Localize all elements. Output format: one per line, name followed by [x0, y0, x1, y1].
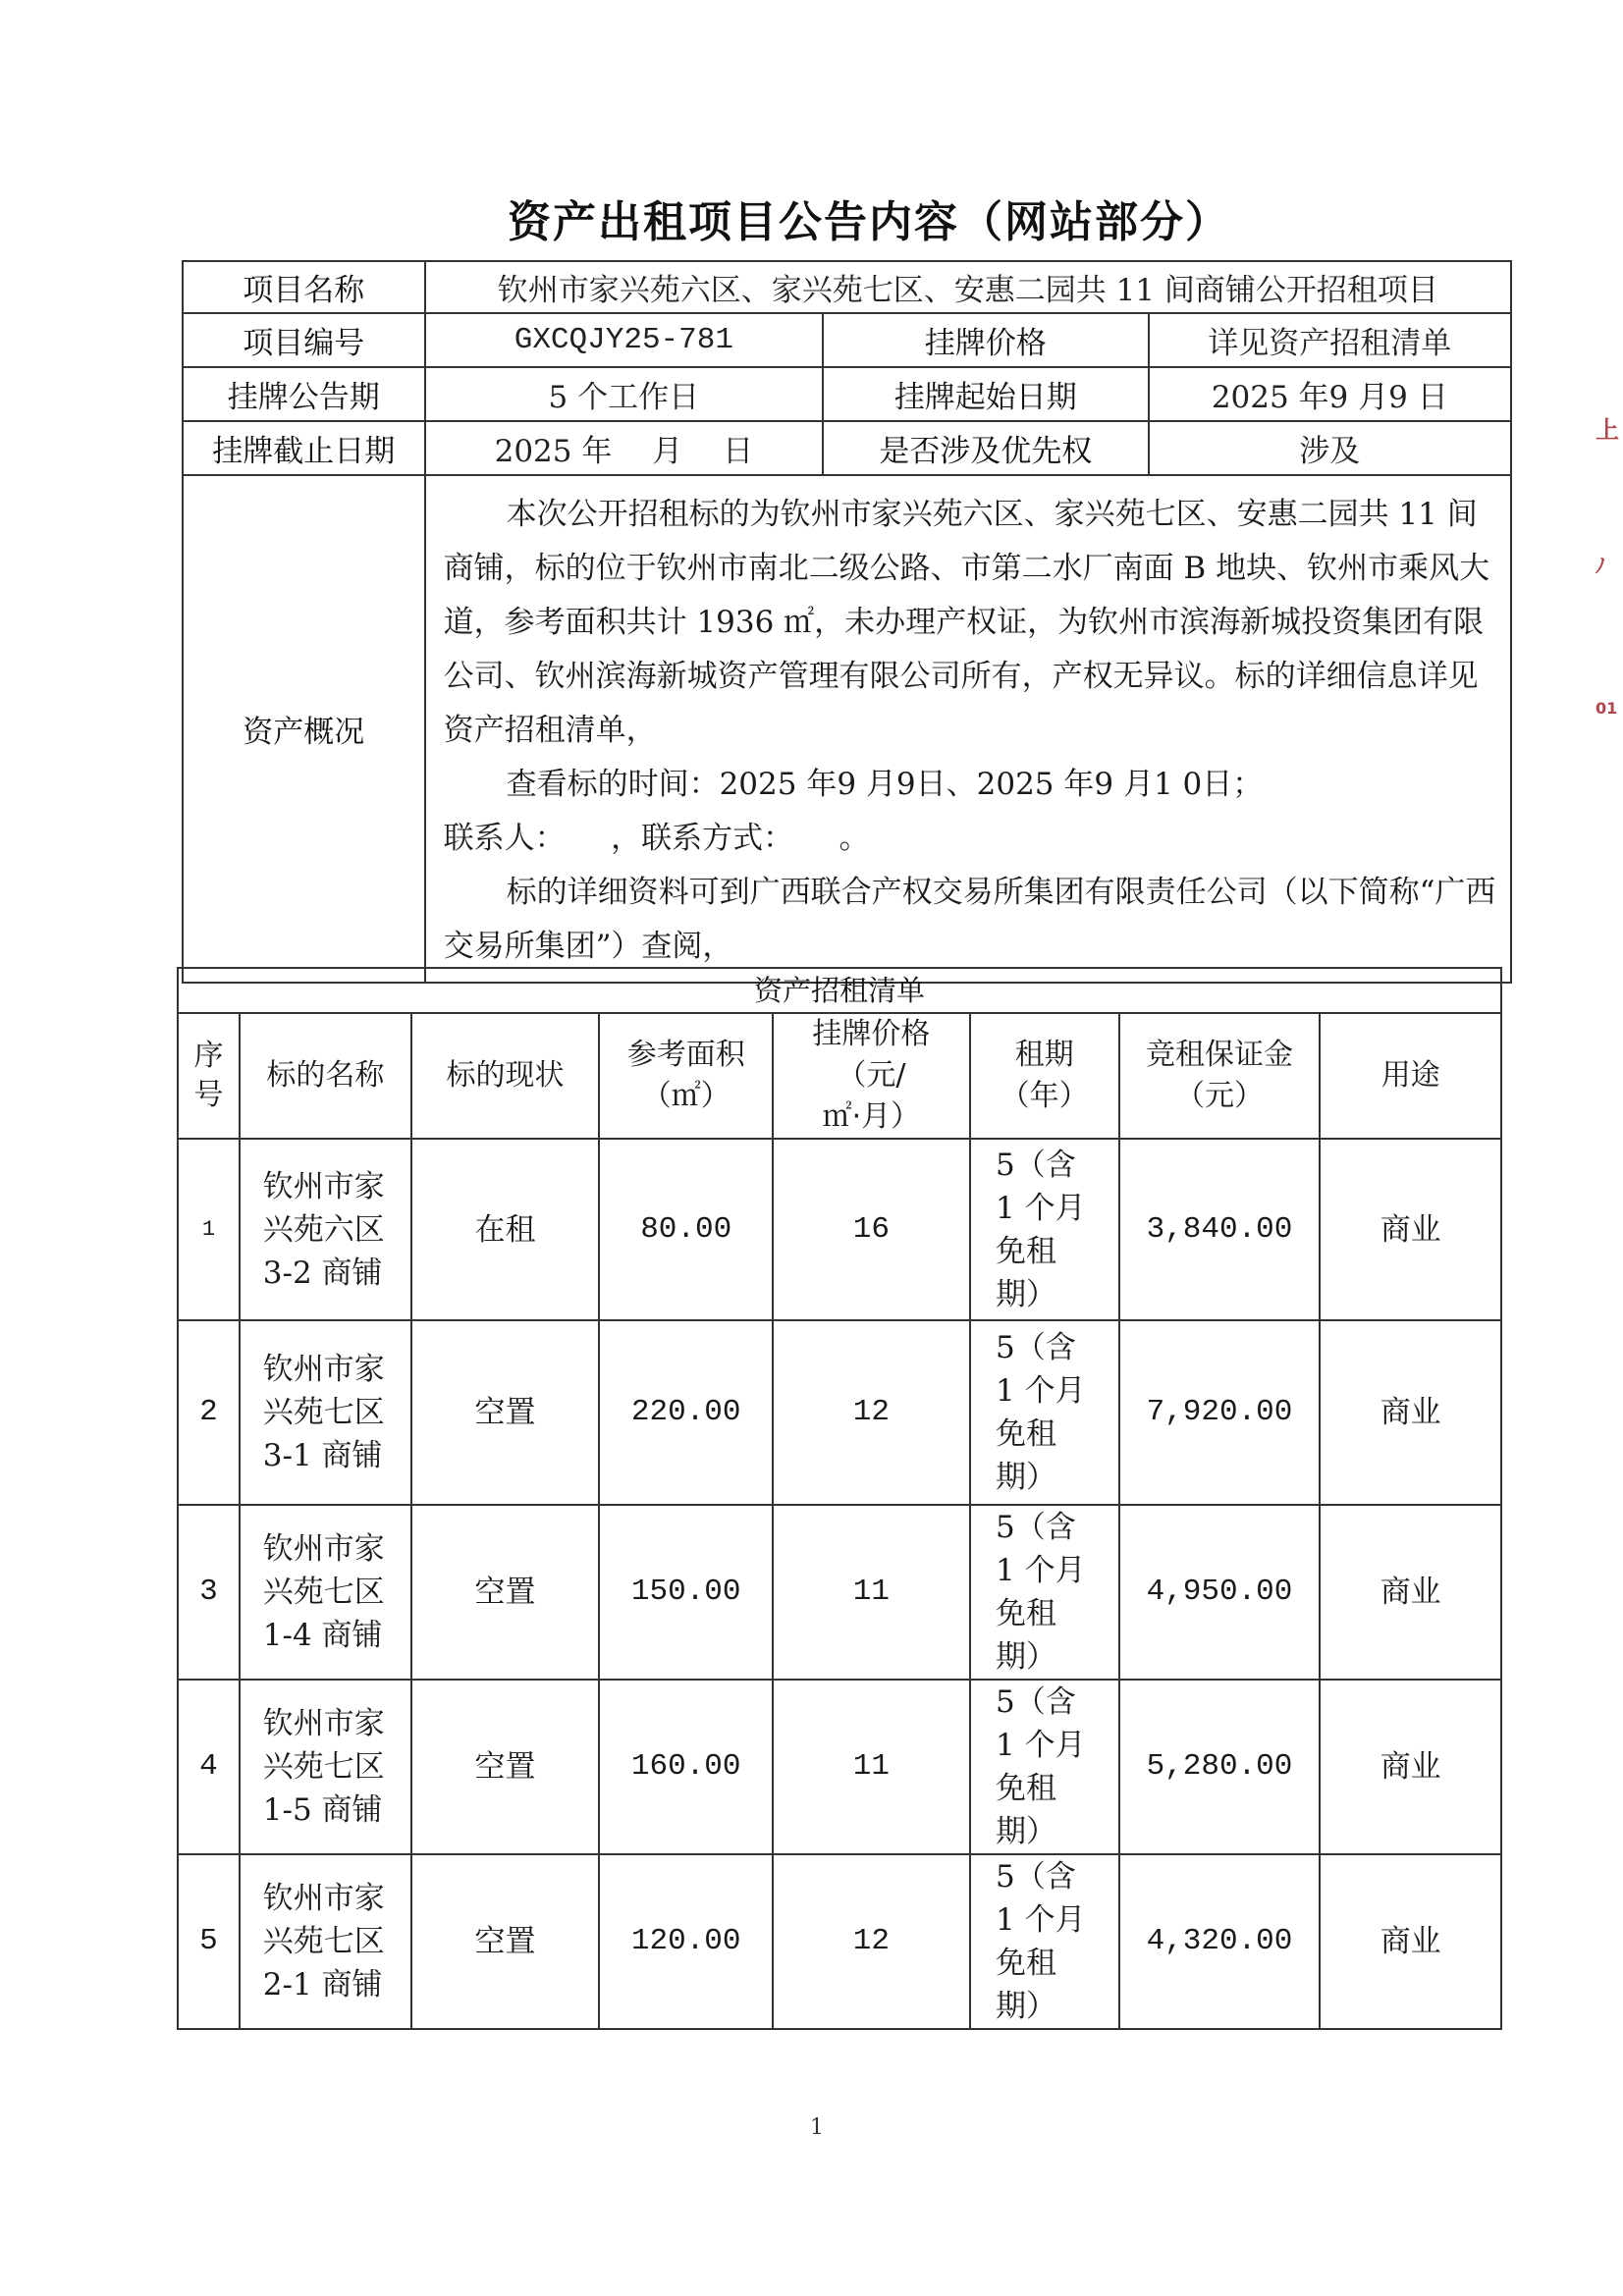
row-seq: 2 [178, 1320, 240, 1505]
announcement-period-label: 挂牌公告期 [183, 367, 425, 421]
row-status: 空置 [411, 1854, 600, 2029]
header-deposit-line1: 竞租保证金 [1120, 1035, 1320, 1076]
announcement-period-value: 5 个工作日 [425, 367, 824, 421]
project-code-row: 项目编号 GXCQJY25-781 挂牌价格 详见资产招租清单 [183, 313, 1511, 367]
document-title: 资产出租项目公告内容（网站部分） [0, 187, 1623, 249]
row-term-text: 5（含 1 个月免租期） [996, 1144, 1093, 1316]
row-deposit: 4,950.00 [1119, 1505, 1321, 1680]
overview-row: 资产概况 本次公开招租标的为钦州市家兴苑六区、家兴苑七区、安惠二园共 11 间商… [183, 475, 1511, 983]
row-name: 钦州市家兴苑七区1-5 商铺 [240, 1680, 411, 1854]
row-term: 5（含 1 个月免租期） [970, 1320, 1119, 1505]
row-status: 在租 [411, 1139, 600, 1320]
row-term: 5（含 1 个月免租期） [970, 1854, 1119, 2029]
page-number: 1 [810, 2115, 824, 2140]
project-name-value: 钦州市家兴苑六区、家兴苑七区、安惠二园共 11 间商铺公开招租项目 [425, 261, 1511, 313]
project-name-label: 项目名称 [183, 261, 425, 313]
header-seq: 序号 [178, 1013, 240, 1139]
row-area: 120.00 [599, 1854, 773, 2029]
row-deposit: 5,280.00 [1119, 1680, 1321, 1854]
overview-content: 本次公开招租标的为钦州市家兴苑六区、家兴苑七区、安惠二园共 11 间商铺，标的位… [425, 475, 1511, 983]
row-usage: 商业 [1320, 1320, 1501, 1505]
project-code-value: GXCQJY25-781 [425, 313, 824, 367]
row-price: 16 [773, 1139, 970, 1320]
row-seq: 4 [178, 1680, 240, 1854]
header-area: 参考面积 （㎡） [599, 1013, 773, 1139]
row-seq: 5 [178, 1854, 240, 2029]
listing-header-row: 序号 标的名称 标的现状 参考面积 （㎡） 挂牌价格 （元/ ㎡·月） 租期 （… [178, 1013, 1501, 1139]
row-name: 钦州市家兴苑七区1-4 商铺 [240, 1505, 411, 1680]
row-price: 12 [773, 1854, 970, 2029]
end-date-value: 2025 年 月 日 [425, 421, 824, 475]
table-row: 3 钦州市家兴苑七区1-4 商铺 空置 150.00 11 5（含 1 个月免租… [178, 1505, 1501, 1680]
row-name-text: 钦州市家兴苑六区3-2 商铺 [263, 1165, 388, 1295]
viewing-time-paragraph: 查看标的时间：2025 年9 月9日、2025 年9 月1 0日； [444, 758, 1496, 812]
row-usage: 商业 [1320, 1505, 1501, 1680]
header-area-line2: （㎡） [600, 1076, 772, 1117]
row-term: 5（含 1 个月免租期） [970, 1680, 1119, 1854]
row-name-text: 钦州市家兴苑七区1-5 商铺 [263, 1702, 388, 1832]
table-row: 2 钦州市家兴苑七区3-1 商铺 空置 220.00 12 5（含 1 个月免租… [178, 1320, 1501, 1505]
row-term: 5（含 1 个月免租期） [970, 1139, 1119, 1320]
end-date-label: 挂牌截止日期 [183, 421, 425, 475]
header-term-line2: （年） [971, 1076, 1118, 1117]
header-area-line1: 参考面积 [600, 1035, 772, 1076]
row-area: 160.00 [599, 1680, 773, 1854]
row-seq: 1 [178, 1139, 240, 1320]
project-info-table: 项目名称 钦州市家兴苑六区、家兴苑七区、安惠二园共 11 间商铺公开招租项目 项… [182, 260, 1512, 984]
header-usage: 用途 [1320, 1013, 1501, 1139]
header-price: 挂牌价格 （元/ ㎡·月） [773, 1013, 970, 1139]
row-usage: 商业 [1320, 1680, 1501, 1854]
row-term-text: 5（含 1 个月免租期） [996, 1326, 1093, 1499]
row-deposit: 4,320.00 [1119, 1854, 1321, 2029]
row-name-text: 钦州市家兴苑七区2-1 商铺 [263, 1877, 388, 2006]
project-name-row: 项目名称 钦州市家兴苑六区、家兴苑七区、安惠二园共 11 间商铺公开招租项目 [183, 261, 1511, 313]
period-row: 挂牌公告期 5 个工作日 挂牌起始日期 2025 年9 月9 日 [183, 367, 1511, 421]
row-status: 空置 [411, 1680, 600, 1854]
row-price: 11 [773, 1680, 970, 1854]
header-price-line2: （元/ [774, 1055, 969, 1096]
header-deposit-line2: （元） [1120, 1076, 1320, 1117]
contact-paragraph: 联系人： ，联系方式： 。 [444, 812, 1496, 866]
listing-title: 资产招租清单 [178, 968, 1501, 1013]
listing-title-row: 资产招租清单 [178, 968, 1501, 1013]
listing-price-label: 挂牌价格 [823, 313, 1148, 367]
header-deposit: 竞租保证金 （元） [1119, 1013, 1321, 1139]
row-price: 11 [773, 1505, 970, 1680]
seal-stamp-mark: ﾉ [1596, 550, 1623, 578]
row-usage: 商业 [1320, 1854, 1501, 2029]
row-name-text: 钦州市家兴苑七区3-1 商铺 [263, 1348, 388, 1477]
header-price-line3: ㎡·月） [774, 1096, 969, 1138]
seal-stamp-mark: 01 [1596, 699, 1623, 718]
project-code-label: 项目编号 [183, 313, 425, 367]
row-status: 空置 [411, 1505, 600, 1680]
row-name: 钦州市家兴苑七区2-1 商铺 [240, 1854, 411, 2029]
row-status: 空置 [411, 1320, 600, 1505]
table-row: 4 钦州市家兴苑七区1-5 商铺 空置 160.00 11 5（含 1 个月免租… [178, 1680, 1501, 1854]
documents-paragraph: 标的详细资料可到广西联合产权交易所集团有限责任公司（以下简称“广西交易所集团”）… [444, 866, 1496, 974]
priority-right-label: 是否涉及优先权 [823, 421, 1148, 475]
row-area: 80.00 [599, 1139, 773, 1320]
listing-price-value: 详见资产招租清单 [1149, 313, 1511, 367]
row-price: 12 [773, 1320, 970, 1505]
seal-stamp-mark: 上 [1596, 410, 1623, 445]
row-name-text: 钦州市家兴苑七区1-4 商铺 [263, 1527, 388, 1657]
row-area: 150.00 [599, 1505, 773, 1680]
end-date-row: 挂牌截止日期 2025 年 月 日 是否涉及优先权 涉及 [183, 421, 1511, 475]
row-deposit: 3,840.00 [1119, 1139, 1321, 1320]
row-usage: 商业 [1320, 1139, 1501, 1320]
row-area: 220.00 [599, 1320, 773, 1505]
header-price-line1: 挂牌价格 [774, 1014, 969, 1055]
row-term-text: 5（含 1 个月免租期） [996, 1506, 1093, 1679]
overview-paragraph: 本次公开招租标的为钦州市家兴苑六区、家兴苑七区、安惠二园共 11 间商铺，标的位… [444, 488, 1496, 758]
row-term: 5（含 1 个月免租期） [970, 1505, 1119, 1680]
row-term-text: 5（含 1 个月免租期） [996, 1855, 1093, 2028]
header-name: 标的名称 [240, 1013, 411, 1139]
header-term-line1: 租期 [971, 1035, 1118, 1076]
header-term: 租期 （年） [970, 1013, 1119, 1139]
row-name: 钦州市家兴苑六区3-2 商铺 [240, 1139, 411, 1320]
header-status: 标的现状 [411, 1013, 600, 1139]
header-seq-text: 序号 [192, 1037, 225, 1115]
row-name: 钦州市家兴苑七区3-1 商铺 [240, 1320, 411, 1505]
table-row: 5 钦州市家兴苑七区2-1 商铺 空置 120.00 12 5（含 1 个月免租… [178, 1854, 1501, 2029]
row-deposit: 7,920.00 [1119, 1320, 1321, 1505]
row-term-text: 5（含 1 个月免租期） [996, 1681, 1093, 1853]
asset-listing-table: 资产招租清单 序号 标的名称 标的现状 参考面积 （㎡） 挂牌价格 （元/ ㎡·… [177, 967, 1502, 2030]
table-row: 1 钦州市家兴苑六区3-2 商铺 在租 80.00 16 5（含 1 个月免租期… [178, 1139, 1501, 1320]
overview-label: 资产概况 [183, 475, 425, 983]
row-seq: 3 [178, 1505, 240, 1680]
start-date-label: 挂牌起始日期 [823, 367, 1148, 421]
start-date-value: 2025 年9 月9 日 [1149, 367, 1511, 421]
priority-right-value: 涉及 [1149, 421, 1511, 475]
